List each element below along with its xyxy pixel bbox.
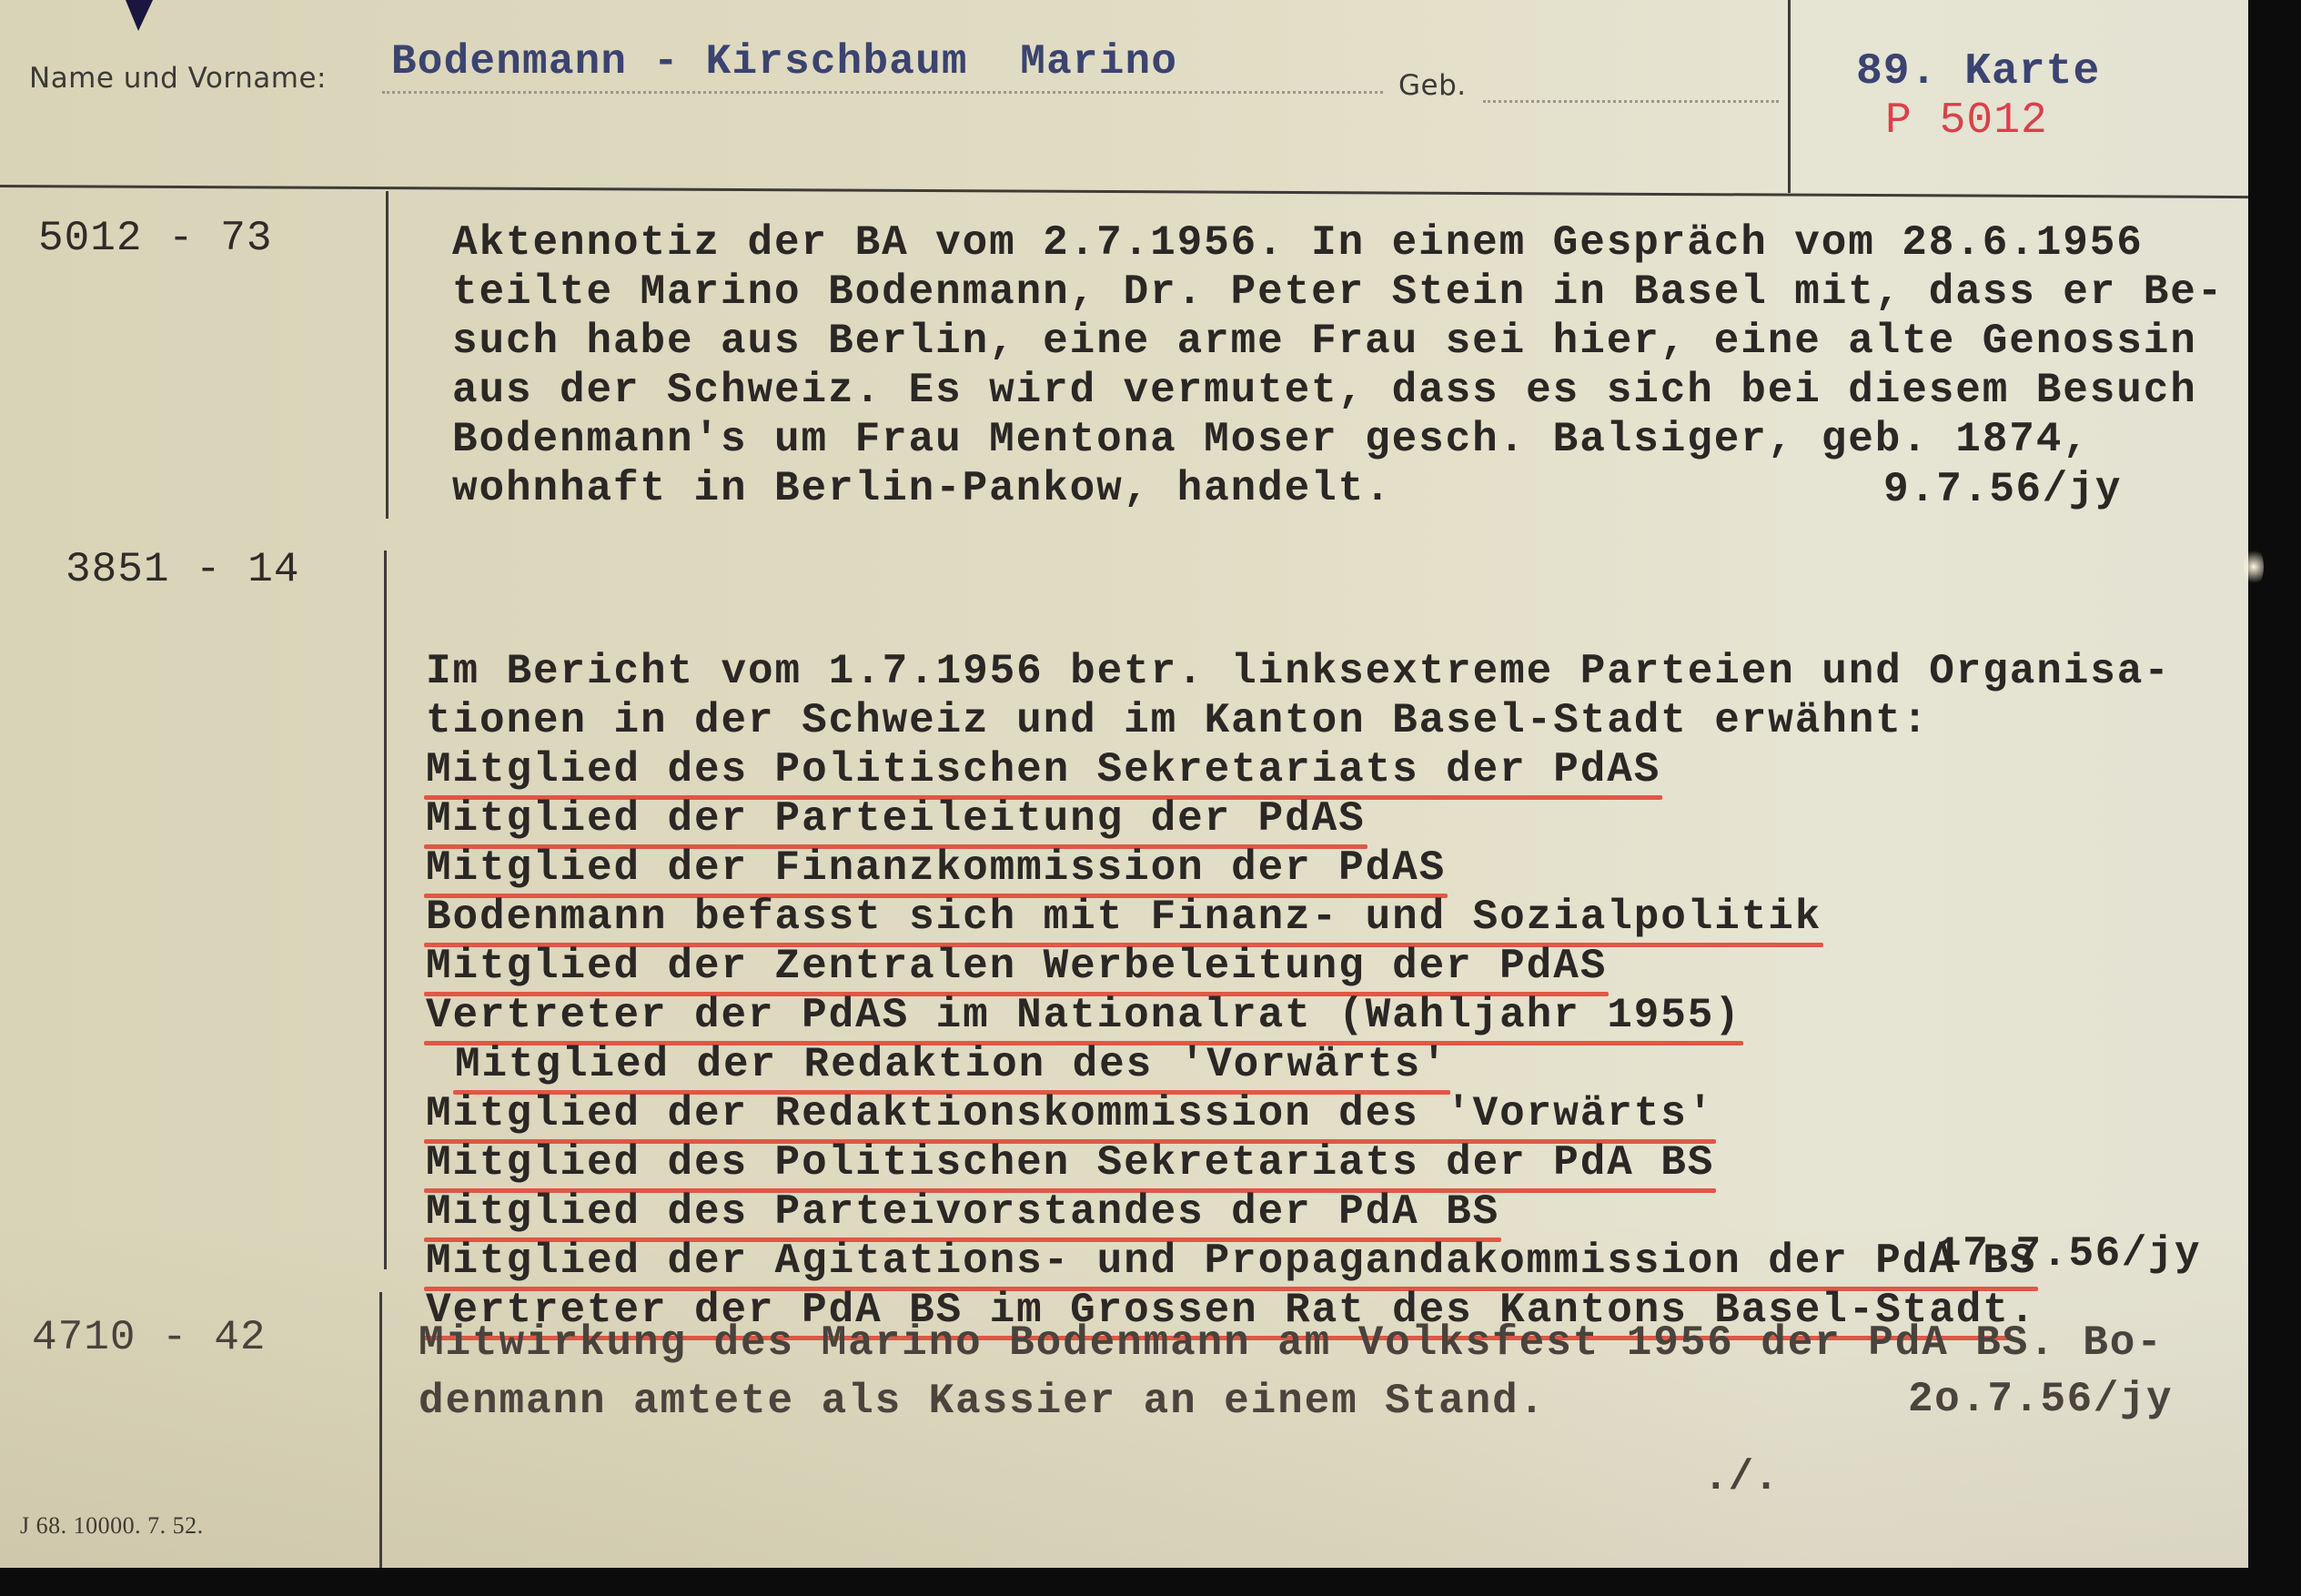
name-dotted-line bbox=[382, 91, 1383, 94]
entry-signature: 2o.7.56/jy bbox=[1908, 1376, 2173, 1423]
entry-ref: 5012 - 73 bbox=[38, 215, 272, 262]
column-divider-3 bbox=[379, 1292, 382, 1568]
underlined-line: Mitglied der Zentralen Werbeleitung der … bbox=[426, 942, 1607, 991]
underlined-line: Mitglied des Parteivorstandes der PdA BS bbox=[426, 1187, 1499, 1237]
file-number-stamp: P 5012 bbox=[1885, 96, 2048, 146]
entry-line: denmann amtete als Kassier an einem Stan… bbox=[419, 1372, 2164, 1430]
header-divider bbox=[1788, 0, 1791, 193]
birth-label: Geb. bbox=[1398, 69, 1467, 102]
card-notch bbox=[126, 0, 153, 31]
underlined-line: Mitglied der Redaktion des 'Vorwärts' bbox=[455, 1040, 1448, 1089]
underlined-line: Bodenmann befasst sich mit Finanz- und S… bbox=[426, 893, 1822, 942]
underlined-line: Mitglied der Parteileitung der PdAS bbox=[426, 794, 1366, 843]
underlined-line: Mitglied des Politischen Sekretariats de… bbox=[426, 1138, 1714, 1187]
entry-line: Aktennotiz der BA vom 2.7.1956. In einem… bbox=[452, 218, 2224, 268]
form-print-code: J 68. 10000. 7. 52. bbox=[20, 1512, 204, 1540]
entry-line: Mitwirkung des Marino Bodenmann am Volks… bbox=[419, 1314, 2164, 1372]
index-card: Name und Vorname: Bodenmann - Kirschbaum… bbox=[0, 0, 2248, 1568]
underlined-line: Vertreter der PdAS im Nationalrat (Wahlj… bbox=[426, 991, 1741, 1040]
underlined-line: Mitglied des Politischen Sekretariats de… bbox=[426, 745, 1660, 794]
entry-line: tionen in der Schweiz und im Kanton Base… bbox=[426, 696, 2171, 745]
entry-ref: 3851 - 14 bbox=[66, 546, 299, 593]
underlined-line: Mitglied der Agitations- und Propagandak… bbox=[426, 1237, 2036, 1286]
underlined-line: Mitglied der Redaktionskommission des 'V… bbox=[426, 1089, 1714, 1138]
entry-signature: 17.7.56/jy bbox=[1936, 1230, 2201, 1278]
name-value: Bodenmann - Kirschbaum Marino bbox=[391, 38, 1177, 86]
birth-dotted-line bbox=[1483, 100, 1779, 103]
entry-line: such habe aus Berlin, eine arme Frau sei… bbox=[452, 317, 2224, 366]
card-number: 89. Karte bbox=[1856, 47, 2100, 96]
entry-line: Im Bericht vom 1.7.1956 betr. linksextre… bbox=[426, 647, 2171, 696]
name-label: Name und Vorname: bbox=[29, 62, 327, 95]
header-rule bbox=[0, 185, 2248, 198]
entry-line: aus der Schweiz. Es wird vermutet, dass … bbox=[452, 366, 2224, 415]
continuation-mark: ./. bbox=[1703, 1454, 1779, 1501]
column-divider-2 bbox=[384, 551, 387, 1269]
light-reflection bbox=[2244, 546, 2264, 588]
entry-ref: 4710 - 42 bbox=[32, 1314, 266, 1361]
entry-signature: 9.7.56/jy bbox=[1883, 466, 2122, 513]
entry-line: teilte Marino Bodenmann, Dr. Peter Stein… bbox=[452, 268, 2224, 317]
entry-line: Bodenmann's um Frau Mentona Moser gesch.… bbox=[452, 415, 2224, 464]
column-divider-1 bbox=[386, 191, 389, 519]
entry-text: Im Bericht vom 1.7.1956 betr. linksextre… bbox=[426, 549, 2171, 1433]
entry-text: Mitwirkung des Marino Bodenmann am Volks… bbox=[419, 1314, 2164, 1430]
underlined-line: Mitglied der Finanzkommission der PdAS bbox=[426, 843, 1446, 893]
